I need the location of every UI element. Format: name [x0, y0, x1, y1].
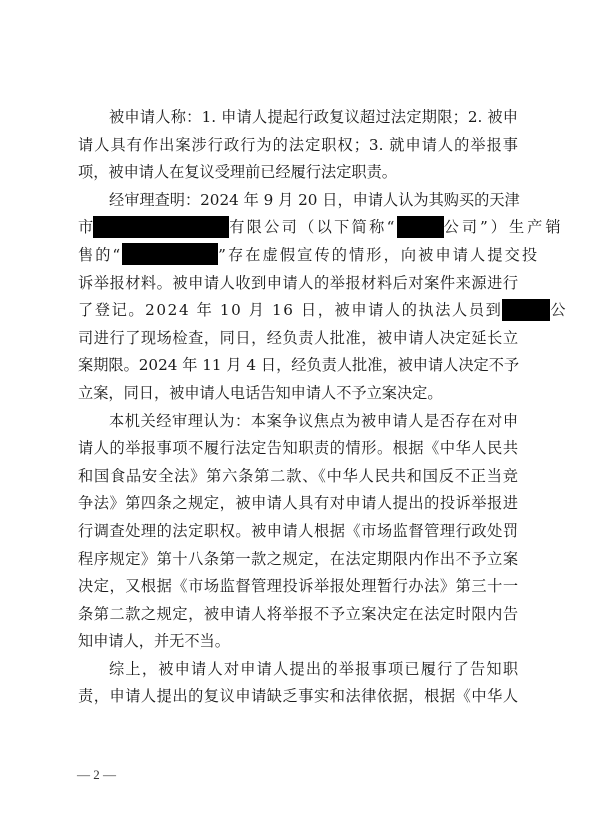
text-line: 决定，又根据《市场监督管理投诉举报处理暂行办法》第三十一: [78, 573, 518, 601]
text-fragment: ”存在虚假宣传的情形，向被申请人提交投: [218, 246, 539, 264]
text-line: 知申请人，并无不当。: [78, 628, 518, 656]
text-line: 程序规定》第十八条第一款之规定，在法定期限内作出不予立案: [78, 546, 518, 574]
product-name-redaction: [122, 243, 218, 265]
page-number: — 2 —: [77, 767, 116, 783]
text-line: 本机关经审理认为：本案争议焦点为被申请人是否存在对申: [78, 408, 518, 436]
text-fragment: 了登记。2024 年 10 月 16 日，被申请人的执法人员到: [78, 301, 502, 319]
company-short-name-redaction: [397, 216, 444, 238]
text-line: 被申请人称：1. 申请人提起行政复议超过法定期限；2. 被申: [78, 104, 518, 132]
text-line: 诉举报材料。被申请人收到申请人的举报材料后对案件来源进行: [78, 270, 518, 298]
text-line: 司进行了现场检查，同日，经负责人批准，被申请人决定延长立: [78, 325, 518, 353]
text-line: 争法》第四条之规定，被申请人具有对申请人提出的投诉举报进: [78, 490, 518, 518]
text-line: 项，被申请人在复议受理前已经履行法定职责。: [78, 159, 518, 187]
text-line: 案期限。2024 年 11 月 4 日，经负责人批准，被申请人决定不予: [78, 352, 518, 380]
text-line: 请人具有作出案涉行政行为的法定职权；3. 就申请人的举报事: [78, 132, 518, 160]
text-line: 市有限公司（以下简称“公司”）生产销: [78, 214, 518, 242]
text-line: 售的“”存在虚假宣传的情形，向被申请人提交投: [78, 242, 518, 270]
company-site-redaction: [502, 299, 550, 321]
company-name-redaction: [93, 216, 229, 238]
text-line: 责，申请人提出的复议申请缺乏事实和法律依据，根据《中华人: [78, 683, 518, 711]
text-fragment: 售的“: [78, 246, 122, 264]
text-line: 综上，被申请人对申请人提出的举报事项已履行了告知职: [78, 656, 518, 684]
text-line: 了登记。2024 年 10 月 16 日，被申请人的执法人员到公: [78, 297, 518, 325]
text-line: 行调查处理的法定职权。被申请人根据《市场监督管理行政处罚: [78, 518, 518, 546]
text-line: 和国食品安全法》第六条第二款、《中华人民共和国反不正当竞: [78, 463, 518, 491]
text-fragment: 公: [550, 301, 565, 319]
text-line: 请人的举报事项不履行法定告知职责的情形。根据《中华人民共: [78, 435, 518, 463]
text-line: 条第二款之规定，被申请人将举报不予立案决定在法定时限内告: [78, 601, 518, 629]
document-body: 被申请人称：1. 申请人提起行政复议超过法定期限；2. 被申 请人具有作出案涉行…: [78, 104, 518, 711]
text-fragment: 公司”）生产销: [444, 218, 564, 236]
text-fragment: 有限公司（以下简称“: [229, 218, 396, 236]
text-line: 立案，同日，被申请人电话告知申请人不予立案决定。: [78, 380, 518, 408]
text-fragment: 市: [78, 218, 93, 236]
text-line: 经审理查明：2024 年 9 月 20 日，申请人认为其购买的天津: [78, 187, 518, 215]
